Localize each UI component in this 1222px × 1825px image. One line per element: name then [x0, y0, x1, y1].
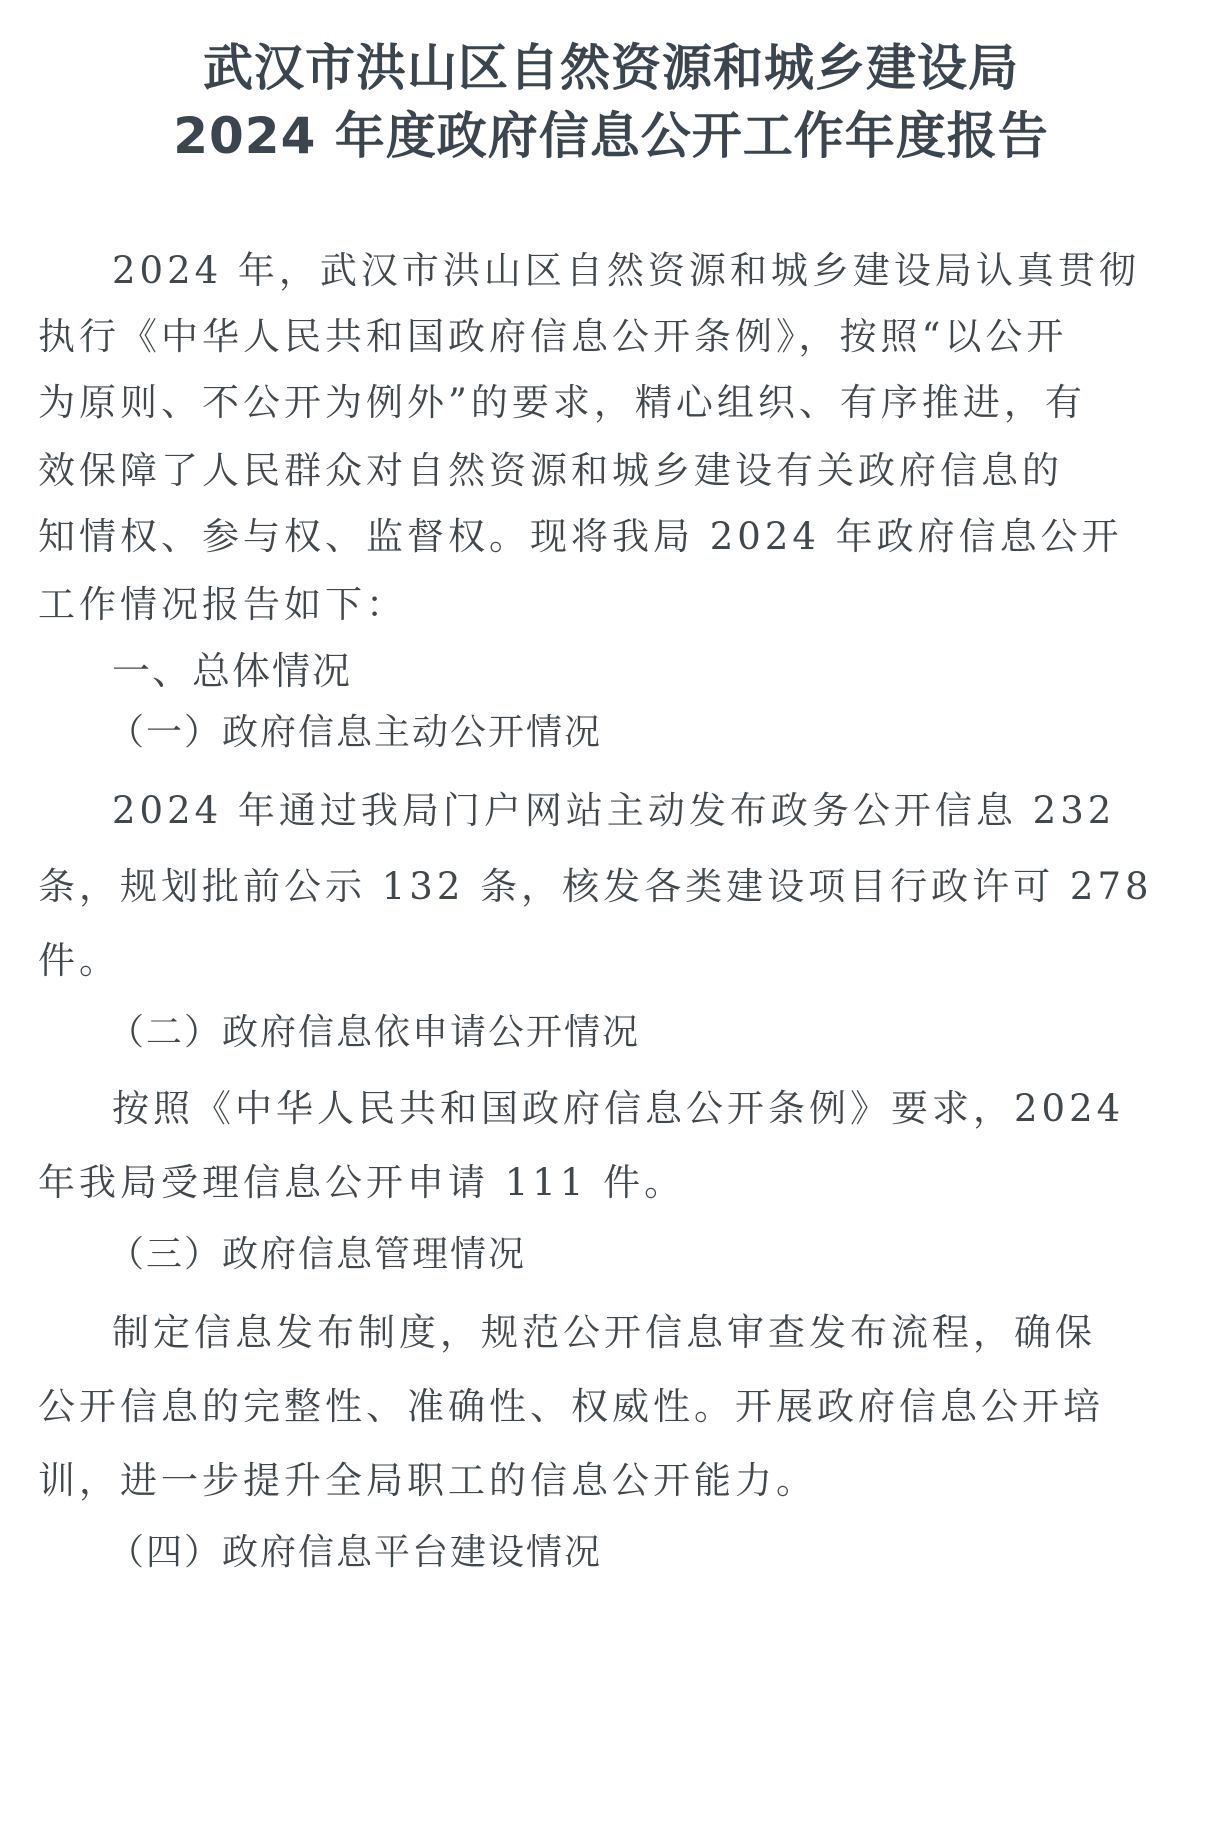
subsection-text-line: 公开信息的完整性、准确性、权威性。开展政府信息公开培: [38, 1376, 1018, 1430]
intro-paragraph-line: 2024 年，武汉市洪山区自然资源和城乡建设局认真贯彻: [112, 240, 1018, 294]
subsection-heading-management: （三）政府信息管理情况: [108, 1226, 526, 1277]
subsection-text-line: 年我局受理信息公开申请 111 件。: [38, 1152, 685, 1206]
intro-paragraph-line: 效保障了人民群众对自然资源和城乡建设有关政府信息的: [38, 440, 1018, 494]
subsection-text-line: 制定信息发布制度，规范公开信息审查发布流程，确保: [112, 1302, 1018, 1356]
intro-paragraph-line: 知情权、参与权、监督权。现将我局 2024 年政府信息公开: [38, 506, 1018, 560]
subsection-text-line: 条，规划批前公示 132 条，核发各类建设项目行政许可 278: [38, 856, 1018, 910]
section-heading-overall: 一、总体情况: [112, 640, 352, 695]
document-page: 武汉市洪山区自然资源和城乡建设局 2024 年度政府信息公开工作年度报告 202…: [0, 0, 1222, 1825]
subsection-text-line: 训，进一步提升全局职工的信息公开能力。: [38, 1450, 817, 1504]
subsection-text-line: 件。: [38, 930, 120, 984]
subsection-text-line: 2024 年通过我局门户网站主动发布政务公开信息 232: [112, 780, 1018, 834]
document-title-line-1: 武汉市洪山区自然资源和城乡建设局: [0, 28, 1222, 100]
document-title-line-2: 2024 年度政府信息公开工作年度报告: [0, 96, 1222, 168]
subsection-heading-on-request: （二）政府信息依申请公开情况: [108, 1004, 640, 1055]
subsection-text-line: 按照《中华人民共和国政府信息公开条例》要求，2024: [112, 1078, 1018, 1132]
intro-paragraph-line: 工作情况报告如下：: [38, 574, 407, 628]
subsection-heading-platform: （四）政府信息平台建设情况: [108, 1524, 602, 1575]
intro-paragraph-line: 为原则、不公开为例外”的要求，精心组织、有序推进，有: [38, 372, 1018, 426]
subsection-heading-proactive: （一）政府信息主动公开情况: [108, 704, 602, 755]
intro-paragraph-line: 执行《中华人民共和国政府信息公开条例》，按照“以公开: [38, 306, 1018, 360]
